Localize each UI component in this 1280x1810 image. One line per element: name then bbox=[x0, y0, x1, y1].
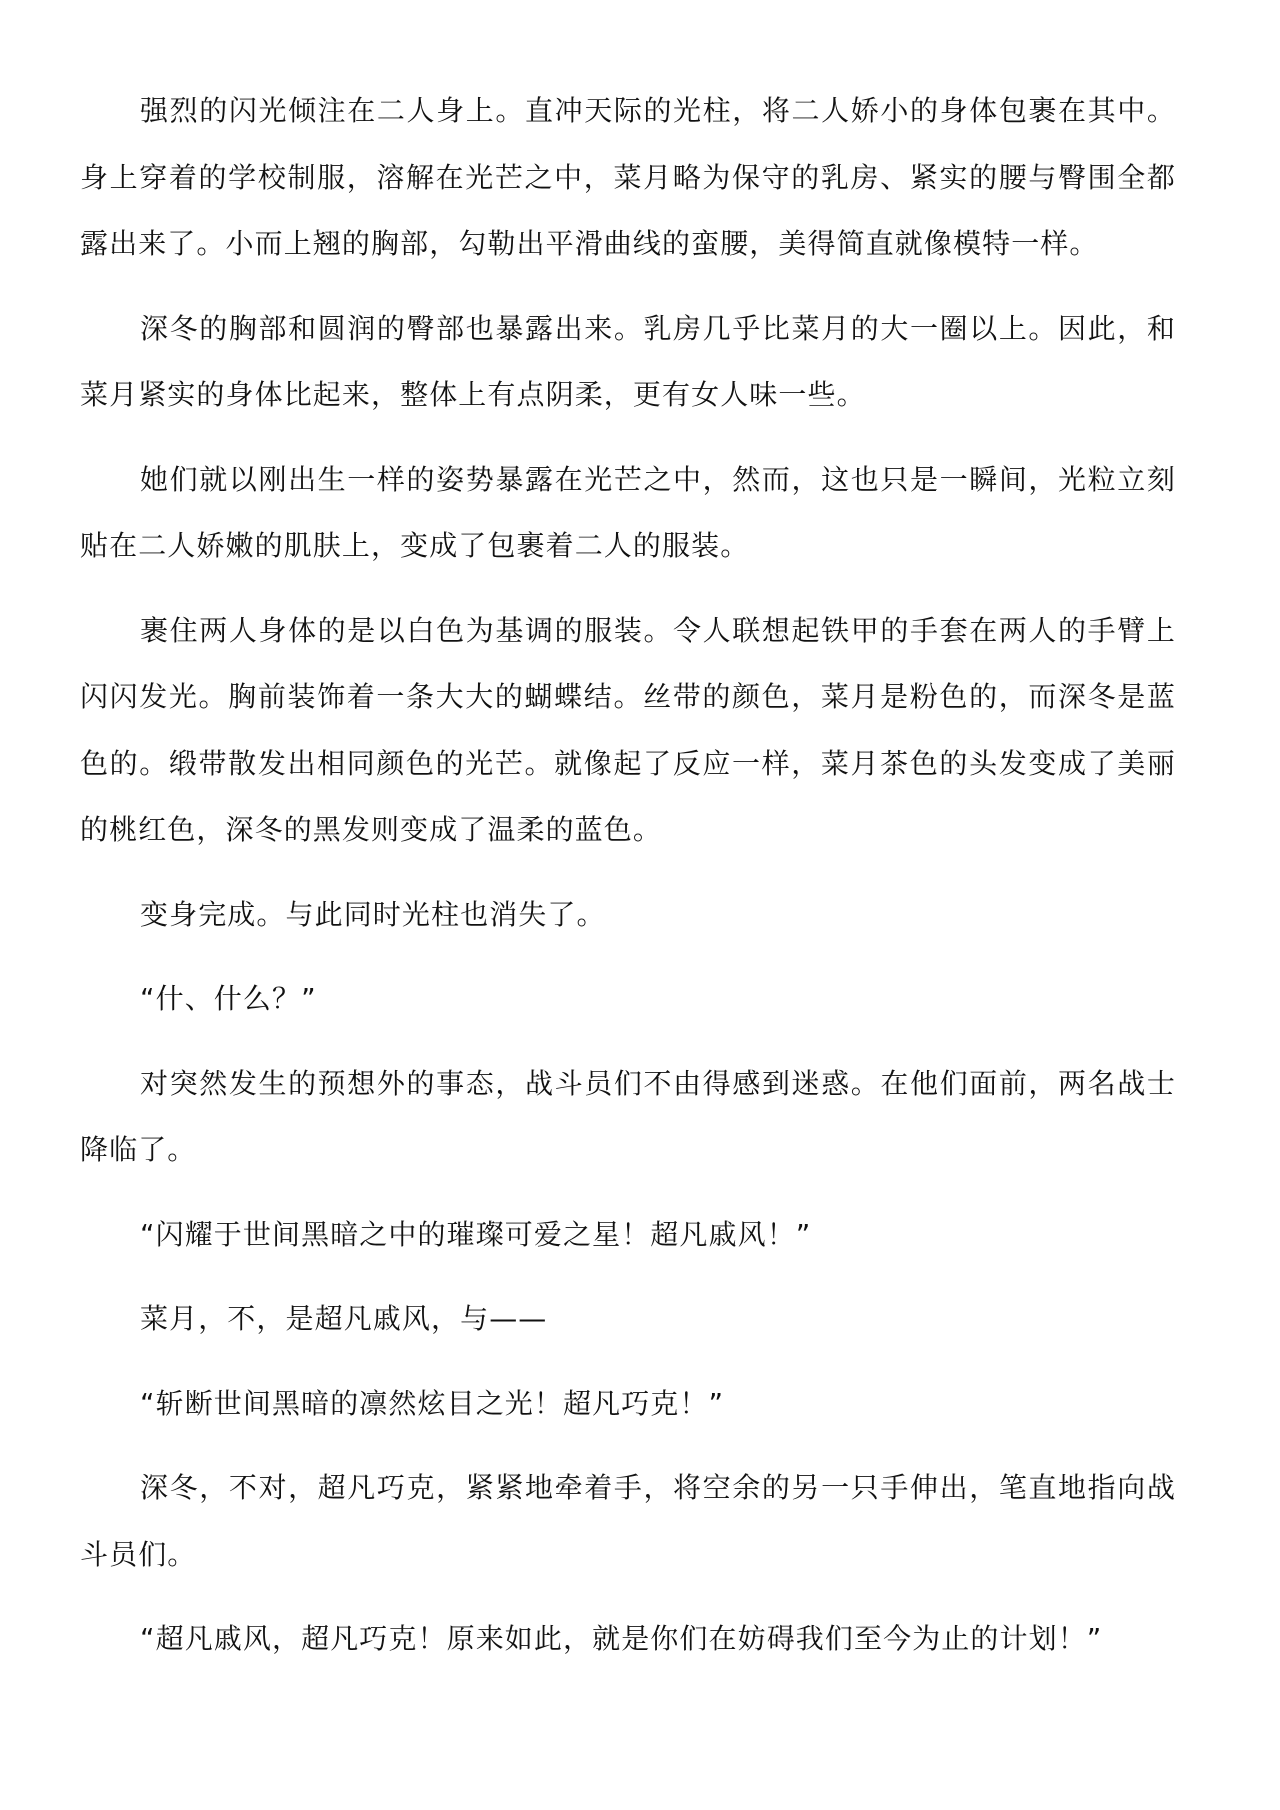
paragraph-12: “超凡戚风，超凡巧克！原来如此，就是你们在妨碍我们至今为止的计划！” bbox=[80, 1606, 1176, 1673]
paragraph-10: “斩断世间黑暗的凛然炫目之光！超凡巧克！” bbox=[80, 1371, 1176, 1438]
paragraph-5: 变身完成。与此同时光柱也消失了。 bbox=[80, 882, 1176, 949]
paragraph-3: 她们就以刚出生一样的姿势暴露在光芒之中，然而，这也只是一瞬间，光粒立刻贴在二人娇… bbox=[80, 447, 1176, 580]
document-page: 强烈的闪光倾注在二人身上。直冲天际的光柱，将二人娇小的身体包裹在其中。身上穿着的… bbox=[80, 78, 1176, 1691]
paragraph-6: “什、什么？” bbox=[80, 966, 1176, 1033]
paragraph-7: 对突然发生的预想外的事态，战斗员们不由得感到迷惑。在他们面前，两名战士降临了。 bbox=[80, 1051, 1176, 1184]
paragraph-11: 深冬，不对，超凡巧克，紧紧地牵着手，将空余的另一只手伸出，笔直地指向战斗员们。 bbox=[80, 1455, 1176, 1588]
paragraph-8: “闪耀于世间黑暗之中的璀璨可爱之星！超凡戚风！” bbox=[80, 1202, 1176, 1269]
paragraph-2: 深冬的胸部和圆润的臀部也暴露出来。乳房几乎比菜月的大一圈以上。因此，和菜月紧实的… bbox=[80, 296, 1176, 429]
paragraph-4: 裹住两人身体的是以白色为基调的服装。令人联想起铁甲的手套在两人的手臂上闪闪发光。… bbox=[80, 598, 1176, 864]
paragraph-1: 强烈的闪光倾注在二人身上。直冲天际的光柱，将二人娇小的身体包裹在其中。身上穿着的… bbox=[80, 78, 1176, 278]
paragraph-9: 菜月，不，是超凡戚风，与—— bbox=[80, 1286, 1176, 1353]
